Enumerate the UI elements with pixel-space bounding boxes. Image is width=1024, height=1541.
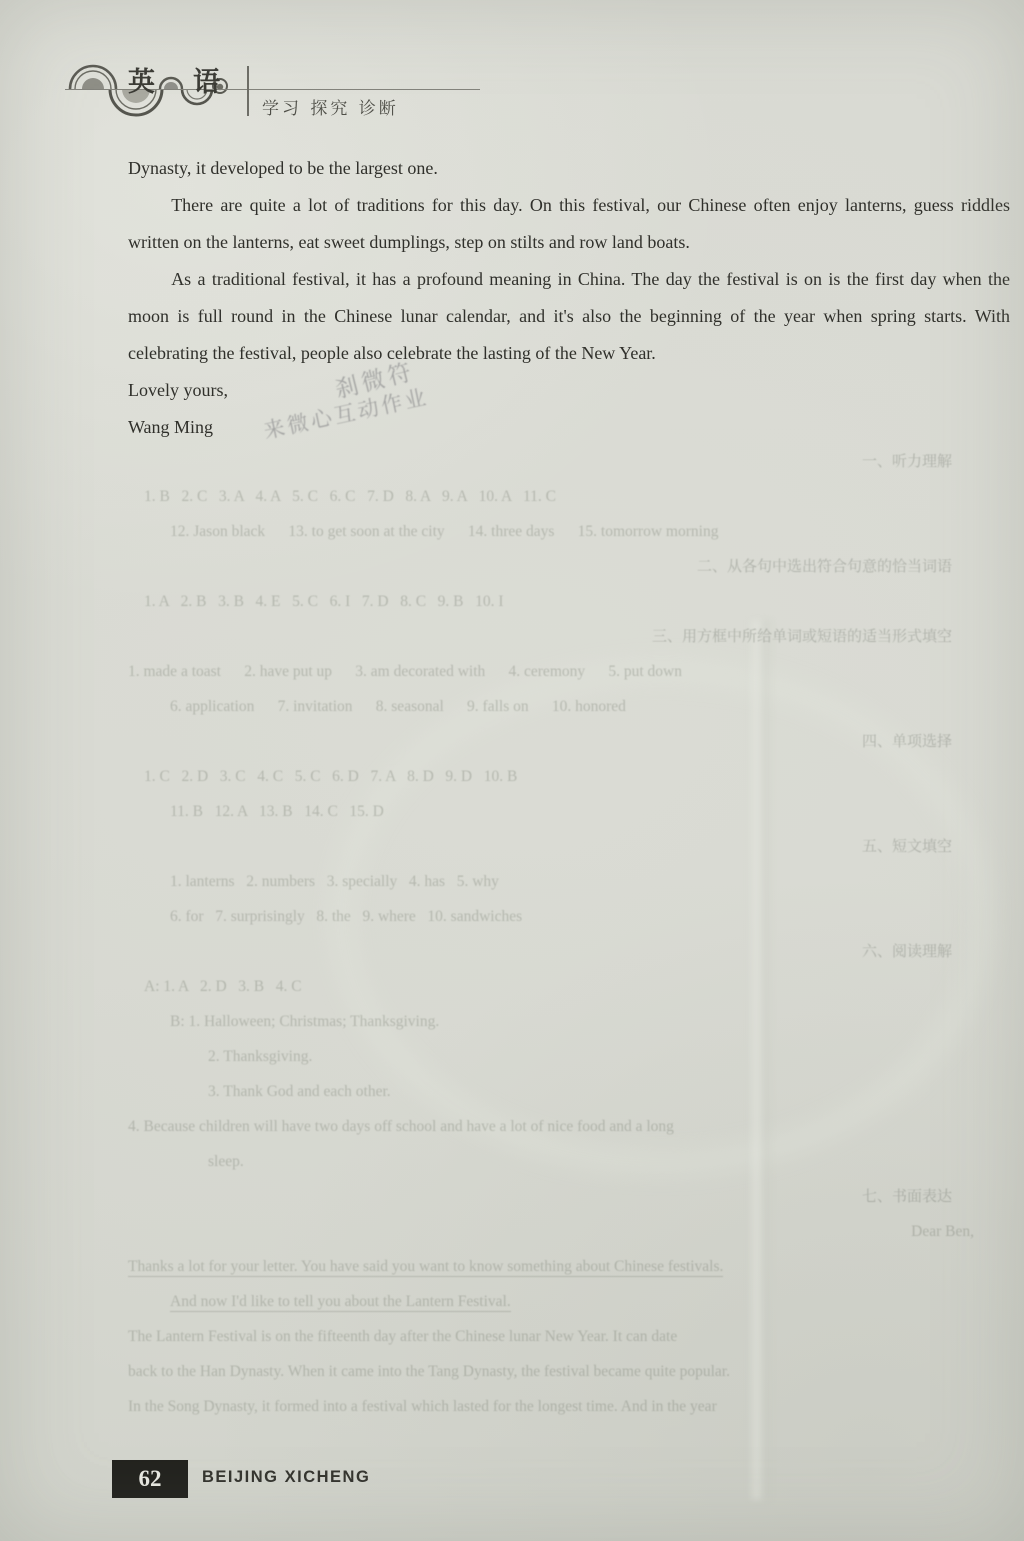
scan-vignette — [0, 0, 1024, 1541]
